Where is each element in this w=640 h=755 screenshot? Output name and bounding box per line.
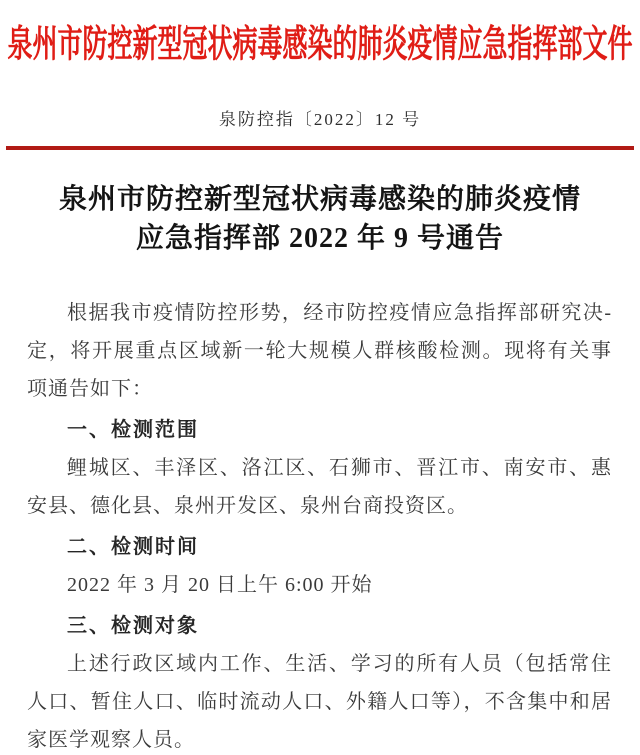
section-2-content: 2022 年 3 月 20 日上午 6:00 开始 bbox=[27, 566, 612, 604]
notice-title-line2: 应急指挥部 2022 年 9 号通告 bbox=[0, 219, 640, 258]
notice-title-line1: 泉州市防控新型冠状病毒感染的肺炎疫情 bbox=[0, 180, 640, 219]
section-2-heading: 二、检测时间 bbox=[27, 528, 612, 566]
section-1-heading: 一、检测范围 bbox=[27, 411, 612, 449]
notice-body: 根据我市疫情防控形势，经市防控疫情应急指挥部研究决-定，将开展重点区域新一轮大规… bbox=[27, 294, 612, 755]
notice-title: 泉州市防控新型冠状病毒感染的肺炎疫情 应急指挥部 2022 年 9 号通告 bbox=[0, 180, 640, 258]
official-notice-document: 泉州市防控新型冠状病毒感染的肺炎疫情应急指挥部文件 泉防控指〔2022〕12 号… bbox=[0, 0, 640, 755]
intro-paragraph: 根据我市疫情防控形势，经市防控疫情应急指挥部研究决-定，将开展重点区域新一轮大规… bbox=[27, 294, 612, 408]
red-divider-rule bbox=[6, 146, 634, 150]
doc-reference-number: 泉防控指〔2022〕12 号 bbox=[0, 110, 640, 130]
section-1-content: 鲤城区、丰泽区、洛江区、石狮市、晋江市、南安市、惠安县、德化县、泉州开发区、泉州… bbox=[27, 449, 612, 525]
masthead-banner: 泉州市防控新型冠状病毒感染的肺炎疫情应急指挥部文件 bbox=[0, 18, 640, 75]
section-3-content: 上述行政区域内工作、生活、学习的所有人员（包括常住人口、暂住人口、临时流动人口、… bbox=[27, 645, 612, 755]
section-3-heading: 三、检测对象 bbox=[27, 607, 612, 645]
